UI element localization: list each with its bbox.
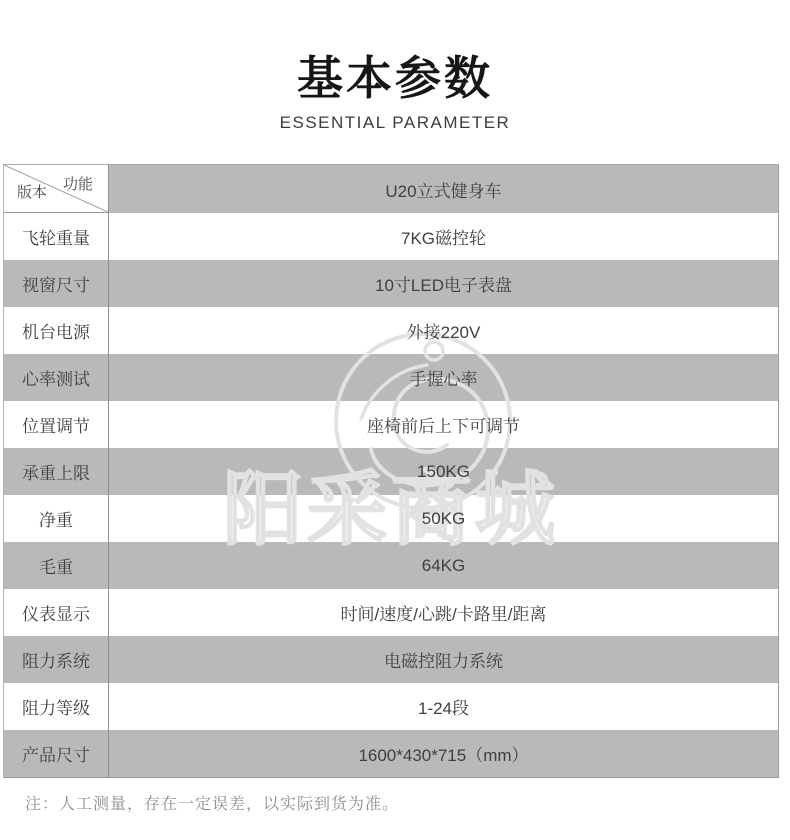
page-title: 基本参数	[0, 50, 790, 108]
row-value: 10寸LED电子表盘	[375, 271, 512, 296]
row-value: 电磁控阻力系统	[384, 647, 503, 672]
table-row: 产品尺寸 1600*430*715（mm）	[4, 730, 778, 777]
row-value: 150KG	[417, 462, 470, 482]
table-row: 位置调节 座椅前后上下可调节	[4, 401, 778, 448]
table-row: 机台电源 外接220V	[4, 307, 778, 354]
table-header-row: 版本 功能 U20立式健身车	[4, 165, 778, 213]
page-subtitle: ESSENTIAL PARAMETER	[0, 113, 790, 133]
table-row: 毛重 64KG	[4, 542, 778, 589]
table-row: 承重上限 150KG	[4, 448, 778, 495]
row-label: 净重	[39, 506, 73, 531]
product-spec-sheet: 基本参数 ESSENTIAL PARAMETER 阳采商城 版本 功能	[0, 0, 790, 840]
table-row: 仪表显示 时间/速度/心跳/卡路里/距离	[4, 589, 778, 636]
corner-label-version: 版本	[17, 181, 47, 202]
product-model-value: U20立式健身车	[385, 177, 501, 202]
row-value: 64KG	[422, 556, 465, 576]
row-label: 位置调节	[22, 412, 90, 437]
row-value: 外接220V	[407, 318, 481, 343]
row-label: 飞轮重量	[22, 224, 90, 249]
row-label: 阻力系统	[22, 647, 90, 672]
row-label: 阻力等级	[22, 694, 90, 719]
row-value: 50KG	[422, 509, 465, 529]
spec-table: 阳采商城 版本 功能 U20立式健身车 飞轮重量 7KG磁控轮 视窗尺寸 10寸…	[3, 164, 779, 778]
row-label: 仪表显示	[22, 600, 90, 625]
corner-header-cell: 版本 功能	[4, 165, 109, 213]
corner-label-function: 功能	[63, 173, 93, 194]
table-row: 视窗尺寸 10寸LED电子表盘	[4, 260, 778, 307]
measurement-footnote: 注：人工测量，存在一定误差，以实际到货为准。	[25, 791, 399, 814]
row-value: 座椅前后上下可调节	[367, 412, 520, 437]
table-row: 心率测试 手握心率	[4, 354, 778, 401]
row-label: 毛重	[39, 553, 73, 578]
table-row: 飞轮重量 7KG磁控轮	[4, 213, 778, 260]
table-row: 阻力系统 电磁控阻力系统	[4, 636, 778, 683]
product-model-cell: U20立式健身车	[109, 165, 778, 213]
row-label: 产品尺寸	[22, 741, 90, 766]
row-value: 7KG磁控轮	[401, 224, 486, 249]
row-label: 机台电源	[22, 318, 90, 343]
row-value: 时间/速度/心跳/卡路里/距离	[341, 600, 547, 625]
row-value: 1-24段	[418, 694, 469, 719]
row-label: 视窗尺寸	[22, 271, 90, 296]
row-label: 承重上限	[22, 459, 90, 484]
row-label: 心率测试	[22, 365, 90, 390]
row-value: 手握心率	[410, 365, 478, 390]
table-row: 净重 50KG	[4, 495, 778, 542]
title-block: 基本参数 ESSENTIAL PARAMETER	[0, 0, 790, 133]
row-value: 1600*430*715（mm）	[358, 741, 528, 766]
table-row: 阻力等级 1-24段	[4, 683, 778, 730]
